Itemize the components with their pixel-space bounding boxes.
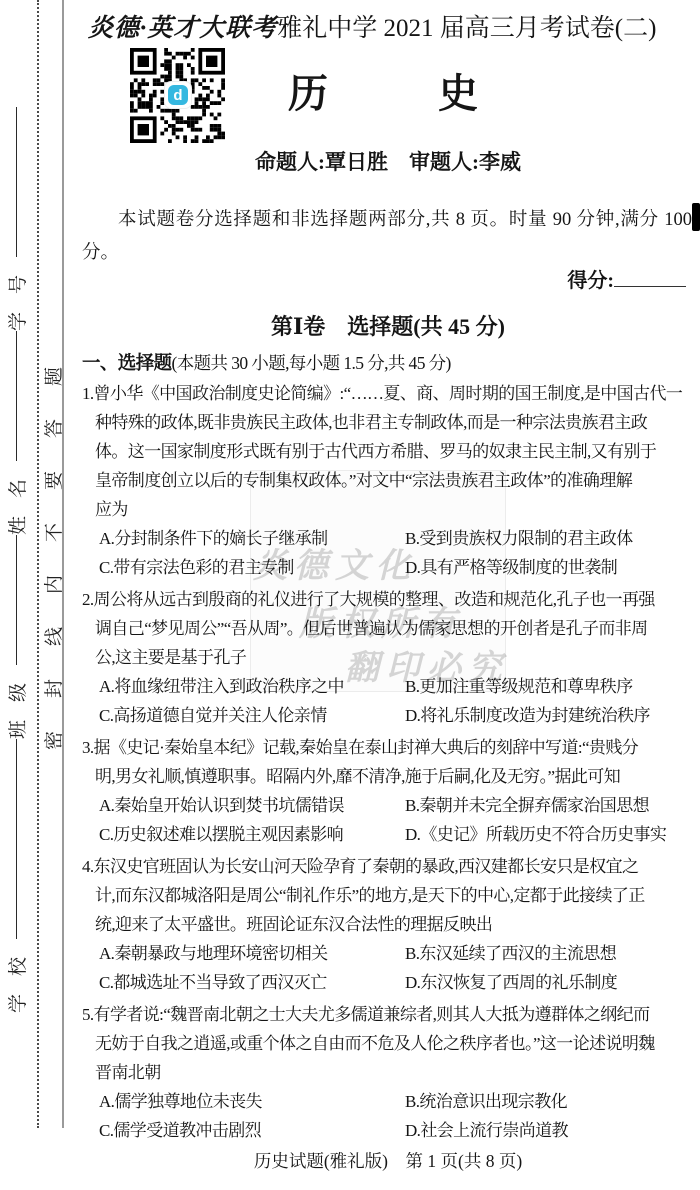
option-b: B.秦朝并未完全摒弃儒家治国思想 bbox=[405, 791, 698, 820]
exam-instructions: 本试题卷分选择题和非选择题两部分,共 8 页。时量 90 分钟,满分 100 分… bbox=[82, 204, 692, 270]
option-a: A.秦始皇开始认识到焚书坑儒错误 bbox=[99, 791, 405, 820]
option-a: A.分封制条件下的嫡长子继承制 bbox=[99, 524, 405, 553]
question-area: 一、选择题(本题共 30 小题,每小题 1.5 分,共 45 分) 1.曾小华《… bbox=[82, 349, 698, 1148]
option-b: B.受到贵族权力限制的君主政体 bbox=[405, 524, 698, 553]
exam-title-rest: 雅礼中学 2021 届高三月考试卷(二) bbox=[277, 15, 656, 42]
option-b: B.更加注重等级规范和尊卑秩序 bbox=[405, 672, 698, 701]
option-c: C.儒学受道教冲击剧烈 bbox=[99, 1116, 405, 1145]
authors-line: 命题人:覃日胜 审题人:李威 bbox=[82, 146, 694, 176]
part-heading-note: (本题共 30 小题,每小题 1.5 分,共 45 分) bbox=[172, 353, 451, 373]
score-label: 得分: bbox=[567, 270, 614, 292]
option-a: A.将血缘纽带注入到政治秩序之中 bbox=[99, 672, 405, 701]
field-label-name: 姓名 bbox=[3, 461, 30, 535]
question-3: 3.据《史记·秦始皇本纪》记载,秦始皇在泰山封禅大典后的刻辞中写道:“贵贱分 明… bbox=[82, 733, 698, 849]
option-b: B.统治意识出现宗教化 bbox=[405, 1087, 698, 1116]
score-blank bbox=[614, 268, 686, 287]
option-a: A.秦朝暴政与地理环境密切相关 bbox=[99, 939, 405, 968]
option-a: A.儒学独尊地位未丧失 bbox=[99, 1087, 405, 1116]
question-4-options: A.秦朝暴政与地理环境密切相关 B.东汉延续了西汉的主流思想 C.都城选址不当导… bbox=[99, 939, 698, 997]
option-d: D.《史记》所载历史不符合历史事实 bbox=[405, 820, 698, 849]
option-b: B.东汉延续了西汉的主流思想 bbox=[405, 939, 698, 968]
field-blank-student-number bbox=[16, 107, 17, 257]
part-heading: 一、选择题(本题共 30 小题,每小题 1.5 分,共 45 分) bbox=[82, 349, 698, 379]
question-1: 1.曾小华《中国政治制度史论简编》:“……夏、商、周时期的国王制度,是中国古代一… bbox=[82, 379, 698, 582]
section-title: 第Ⅰ卷 选择题(共 45 分) bbox=[82, 310, 694, 341]
question-2: 2.周公将从远古到殷商的礼仪进行了大规模的整理、改造和规范化,孔子也一再强 调自… bbox=[82, 585, 698, 730]
question-2-options: A.将血缘纽带注入到政治秩序之中 B.更加注重等级规范和尊卑秩序 C.高扬道德自… bbox=[99, 672, 698, 730]
student-info-fields: 学校班级姓名学号 bbox=[2, 105, 30, 1015]
exam-brand: 炎德·英才大联考 bbox=[88, 15, 277, 42]
field-blank-school bbox=[16, 739, 17, 939]
question-5: 5.有学者说:“魏晋南北朝之士大夫尤多儒道兼综者,则其人大抵为遵群体之纲纪而 无… bbox=[82, 1000, 698, 1145]
option-c: C.都城选址不当导致了西汉灭亡 bbox=[99, 968, 405, 997]
option-c: C.历史叙述难以摆脱主观因素影响 bbox=[99, 820, 405, 849]
question-4: 4.东汉史官班固认为长安山河天险孕育了秦朝的暴政,西汉建都长安只是权宜之 计,而… bbox=[82, 852, 698, 997]
option-d: D.将礼乐制度改造为封建统治秩序 bbox=[405, 701, 698, 730]
question-3-options: A.秦始皇开始认识到焚书坑儒错误 B.秦朝并未完全摒弃儒家治国思想 C.历史叙述… bbox=[99, 791, 698, 849]
question-5-options: A.儒学独尊地位未丧失 B.统治意识出现宗教化 C.儒学受道教冲击剧烈 D.社会… bbox=[99, 1087, 698, 1145]
option-c: C.带有宗法色彩的君主专制 bbox=[99, 553, 405, 582]
option-d: D.具有严格等级制度的世袭制 bbox=[405, 553, 698, 582]
field-blank-class bbox=[16, 535, 17, 665]
question-1-options: A.分封制条件下的嫡长子继承制 B.受到贵族权力限制的君主政体 C.带有宗法色彩… bbox=[99, 524, 698, 582]
subject-title: 历 史 bbox=[82, 62, 694, 119]
field-blank-name bbox=[16, 331, 17, 461]
exam-header-title: 炎德·英才大联考雅礼中学 2021 届高三月考试卷(二) bbox=[88, 14, 694, 44]
page-footer: 历史试题(雅礼版) 第 1 页(共 8 页) bbox=[82, 1148, 694, 1173]
score-row: 得分: bbox=[0, 264, 686, 293]
option-d: D.东汉恢复了西周的礼乐制度 bbox=[405, 968, 698, 997]
page-edge-mark bbox=[692, 203, 700, 231]
option-d: D.社会上流行崇尚道教 bbox=[405, 1116, 698, 1145]
part-heading-bold: 一、选择题 bbox=[82, 354, 172, 374]
option-c: C.高扬道德自觉并关注人伦亲情 bbox=[99, 701, 405, 730]
field-label-class: 班级 bbox=[3, 665, 30, 739]
seal-line-text: 密封线内不要答题 bbox=[39, 322, 65, 762]
field-label-school: 学校 bbox=[3, 939, 30, 1013]
